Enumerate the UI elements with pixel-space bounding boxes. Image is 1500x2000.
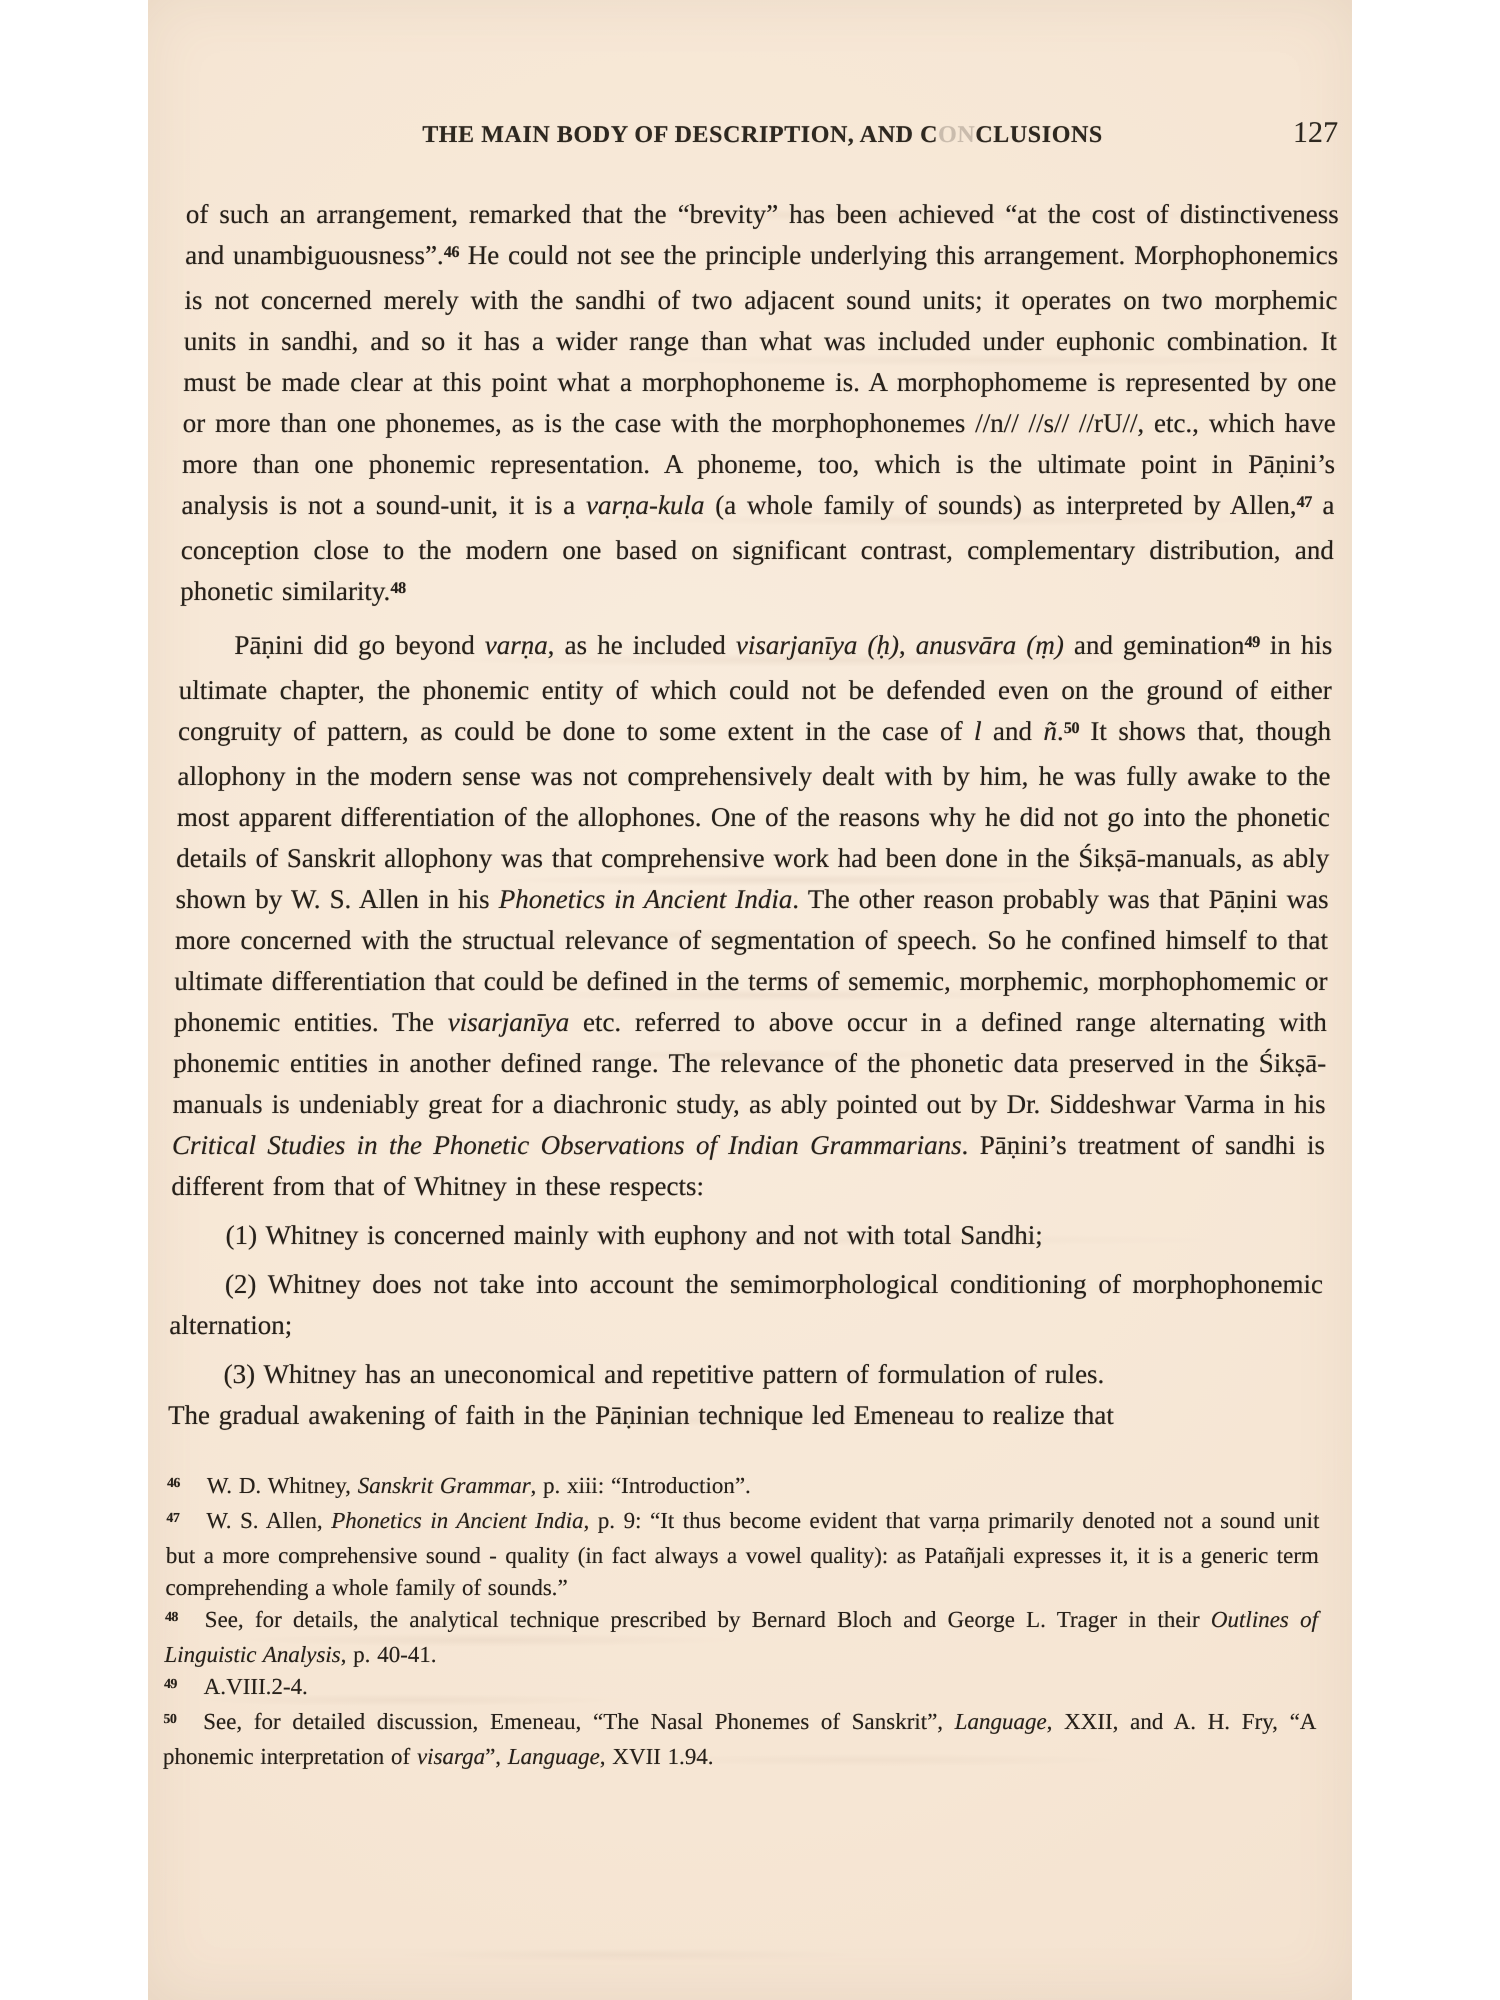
chapter-title-faded-text: ON: [938, 122, 976, 148]
chapter-title-text-end: CLUSIONS: [975, 122, 1103, 148]
chapter-title: THE MAIN BODY OF DESCRIPTION, AND CONCLU…: [187, 122, 1338, 149]
footnote: 47W. S. Allen, Phonetics in Ancient Indi…: [165, 1505, 1319, 1604]
book-page: THE MAIN BODY OF DESCRIPTION, AND CONCLU…: [148, 0, 1352, 2000]
footnotes: 46W. D. Whitney, Sanskrit Grammar, p. xi…: [163, 1470, 1320, 1773]
paragraph: (2) Whitney does not take into account t…: [169, 1264, 1323, 1346]
footnote-marker: 46: [167, 1475, 180, 1490]
footnote: 48See, for details, the analytical techn…: [164, 1604, 1318, 1671]
footnote: 50See, for detailed discussion, Emeneau,…: [163, 1706, 1317, 1773]
page-number: 127: [1293, 116, 1339, 150]
footnote-marker: 50: [163, 1711, 176, 1726]
paragraph: Pāṇini did go beyond varṇa, as he includ…: [171, 625, 1333, 1207]
running-header: THE MAIN BODY OF DESCRIPTION, AND CONCLU…: [187, 122, 1338, 154]
scan-background: THE MAIN BODY OF DESCRIPTION, AND CONCLU…: [0, 0, 1500, 2000]
footnote: 46W. D. Whitney, Sanskrit Grammar, p. xi…: [167, 1470, 1321, 1505]
footnote-marker: 49: [164, 1676, 177, 1691]
paragraph: The gradual awakening of faith in the Pā…: [168, 1395, 1322, 1436]
paragraph: of such an arrangement, remarked that th…: [180, 194, 1339, 616]
chapter-title-text: THE MAIN BODY OF DESCRIPTION, AND C: [422, 122, 938, 148]
paragraph: (1) Whitney is concerned mainly with eup…: [170, 1215, 1324, 1256]
footnote-marker: 47: [166, 1510, 179, 1525]
paragraph: (3) Whitney has an uneconomical and repe…: [168, 1354, 1322, 1395]
footnote: 49A.VIII.2-4.: [164, 1671, 1318, 1706]
page-content: THE MAIN BODY OF DESCRIPTION, AND CONCLU…: [148, 0, 1352, 1773]
footnote-marker: 48: [165, 1609, 178, 1624]
main-text: of such an arrangement, remarked that th…: [168, 194, 1339, 1436]
